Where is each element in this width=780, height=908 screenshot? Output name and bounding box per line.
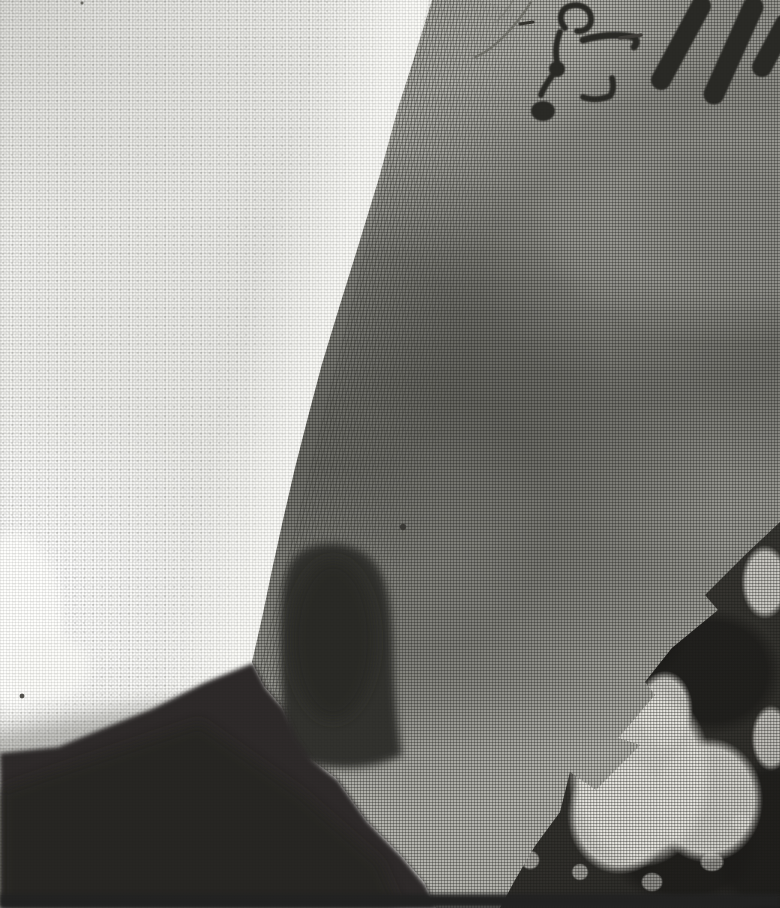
ink-characters [531,5,636,121]
ink-dash-left [520,22,533,24]
marker-strokes [661,6,780,94]
scanned-photo [0,0,780,908]
bottom-strip [0,894,780,908]
speck-on-slope [400,524,406,530]
dark-blob [281,543,402,767]
speck-on-white [20,694,25,699]
white-patch [0,534,90,710]
dark-masses-and-annotations [0,0,780,908]
speck-top-left [81,2,84,5]
pencil-stroke [475,0,531,57]
